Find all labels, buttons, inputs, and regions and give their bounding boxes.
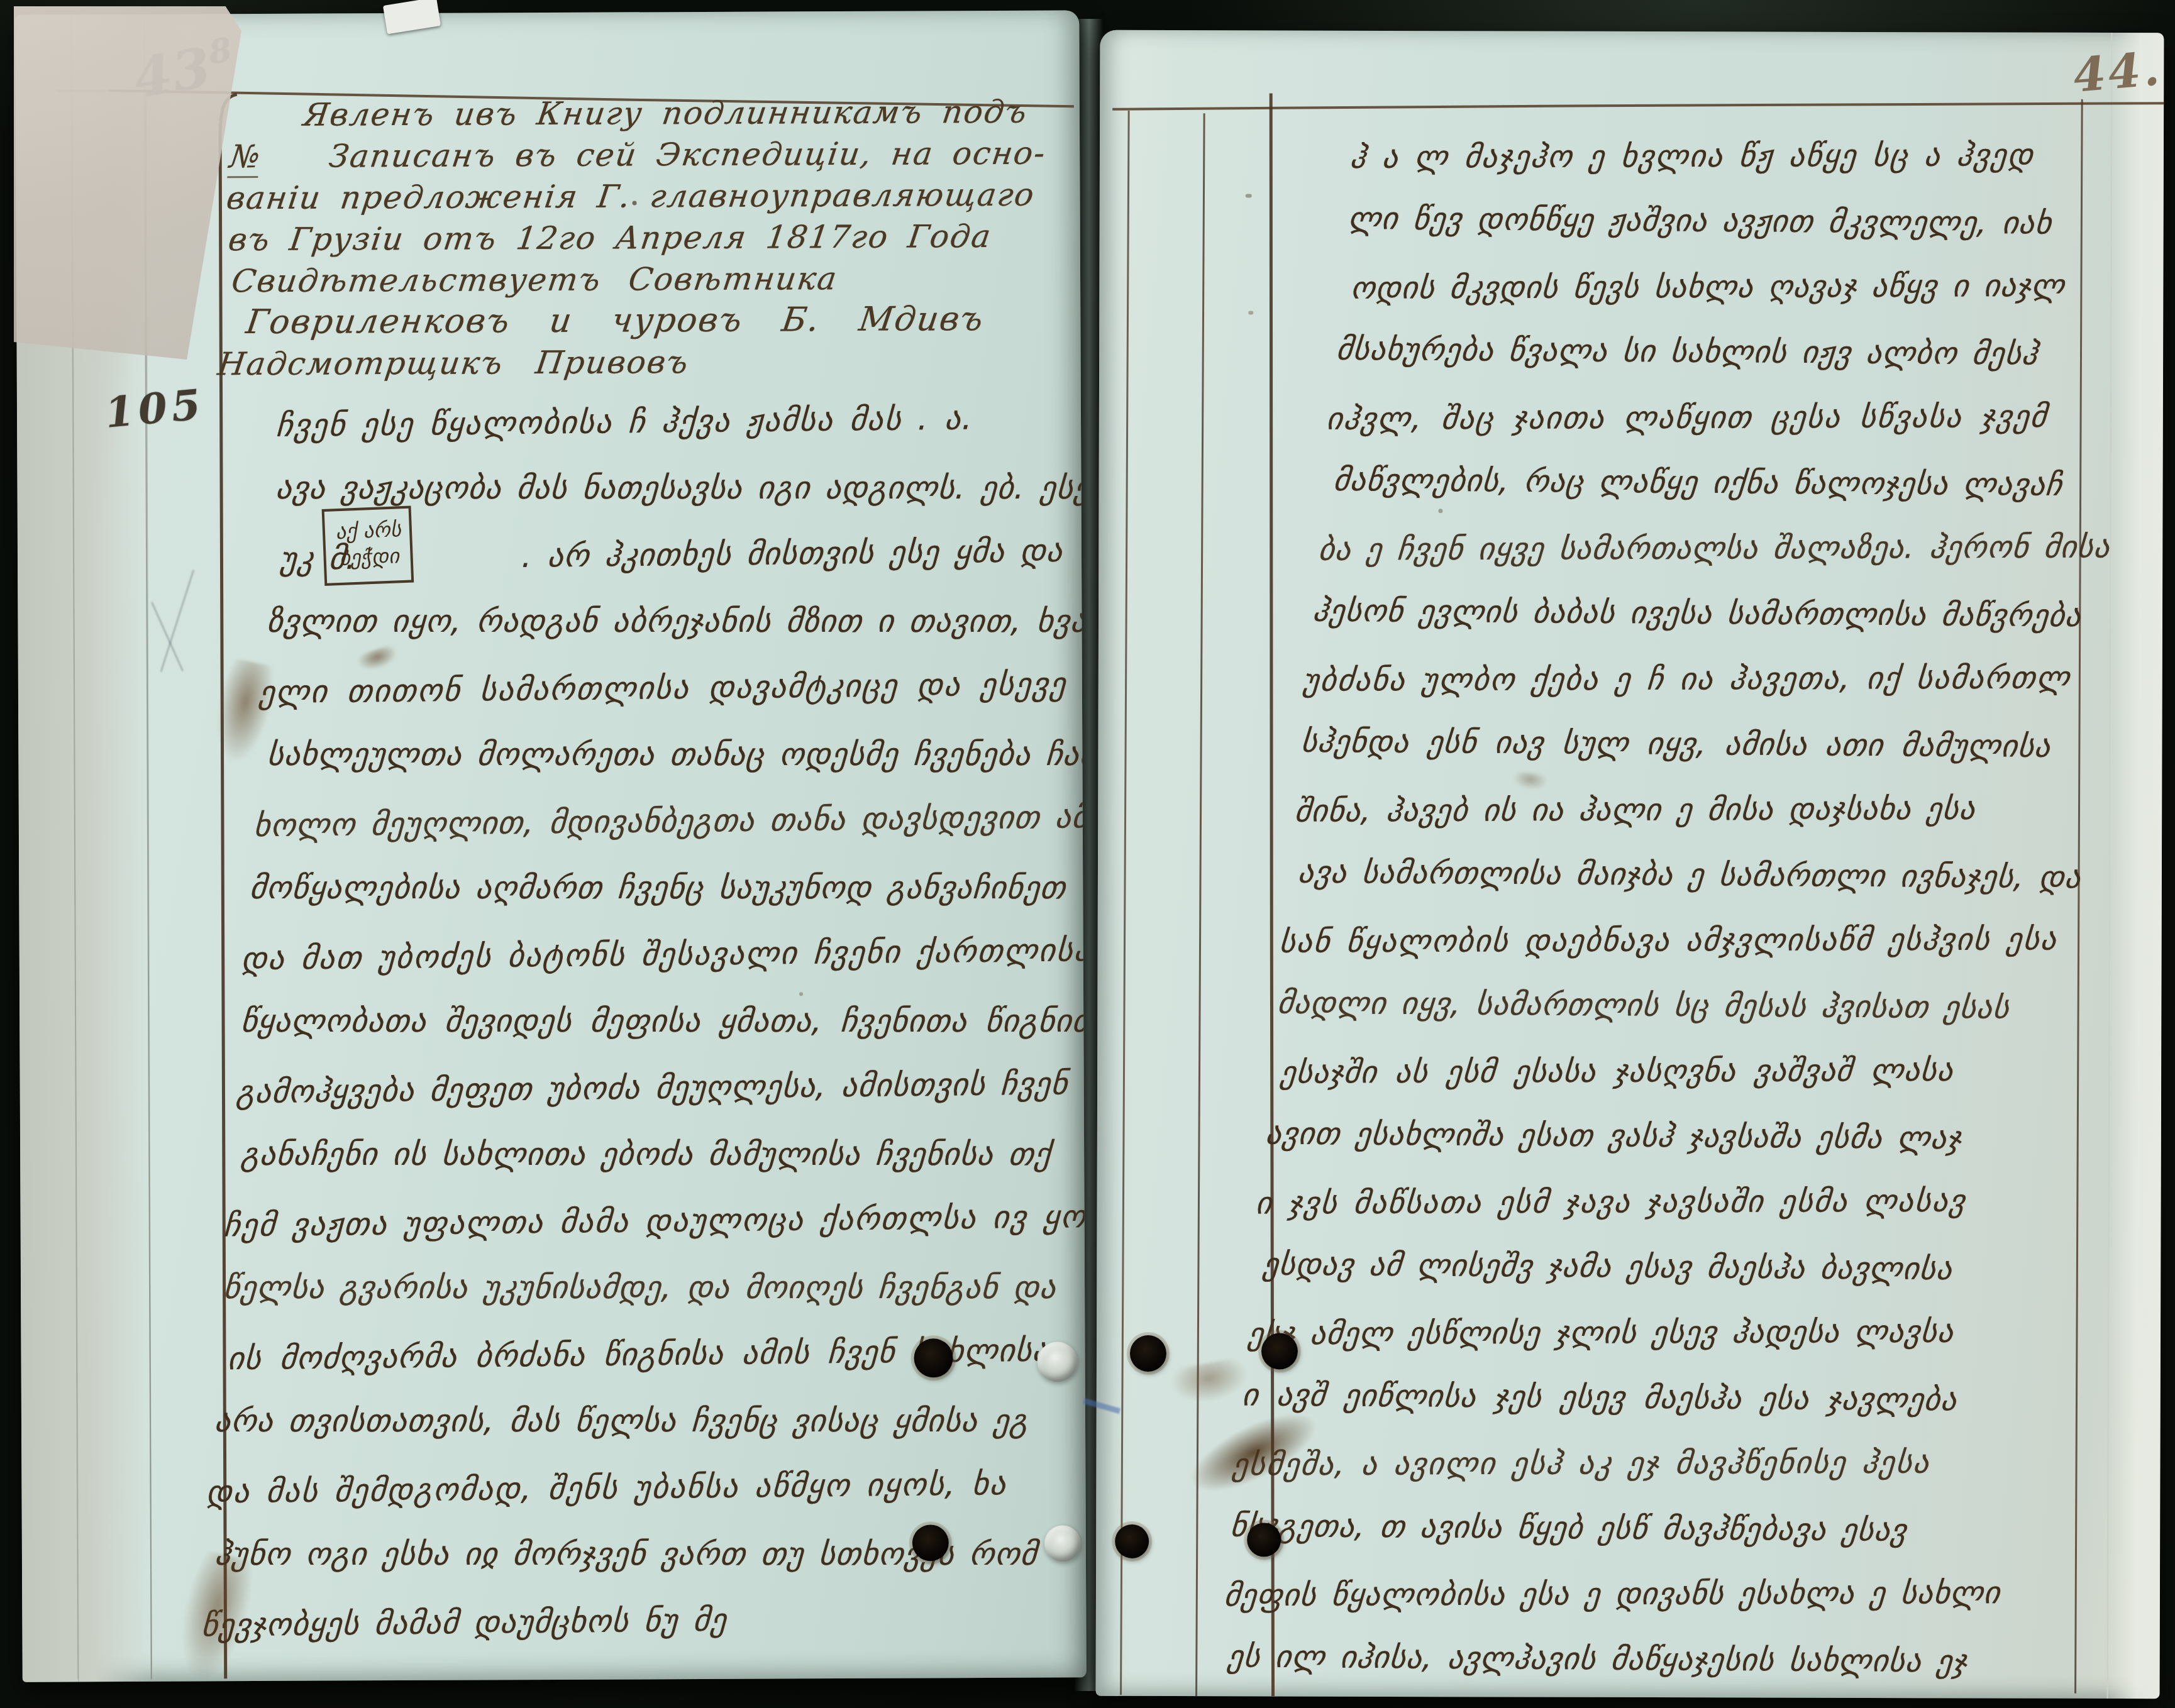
georgian-handwritten-line: ბა ე ჩვენ იყვე სამართალსა შალაზეა. ჰერონ…: [1316, 514, 2161, 583]
punch-hole: [1130, 1335, 1166, 1372]
georgian-handwritten-line: ლი წევ დონწყე ჟაშვია ავჟით მკვლელე, იახ: [1346, 186, 2164, 257]
georgian-handwritten-line: და მას შემდგომად, შენს უბანსა აწმყო იყოს…: [204, 1450, 1058, 1525]
manuscript-scan: 438 105 Явленъ ивъ Книгу подлинникамъ по…: [0, 0, 2175, 1708]
punch-hole: [1261, 1333, 1298, 1369]
georgian-handwritten-line: სან წყალობის დაებნავა ამჯვლისაწმ ესჰვის …: [1276, 906, 2125, 975]
georgian-handwritten-line: ჰ ა ლ მაჯეჰო ე ხვლია წჟ აწყე სც ა ჰვედ: [1348, 122, 2164, 190]
georgian-handwritten-line: მადლი იყვ, სამართლის სც მესას ჰვისათ ესა…: [1275, 971, 2120, 1042]
georgian-handwritten-line: ეს ილ იჰისა, ავლჰავის მაწყაჯესის სახლისა…: [1224, 1624, 2061, 1695]
record-no-label: №: [227, 136, 332, 178]
georgian-handwritten-line: სახლეულთა მოლარეთა თანაც ოდესმე ჩვენება …: [265, 721, 1087, 788]
georgian-handwritten-line: ავით ესახლიშა ესათ ვასჰ ჯავსაშა ესმა ლაჯ: [1263, 1101, 2108, 1172]
georgian-handwritten-line: ესდავ ამ ლისეშვ ჯამა ესავ მაესჰა ბავლისა: [1260, 1232, 2096, 1303]
punch-hole: [1115, 1524, 1149, 1558]
georgian-handwritten-line: განაჩენი ის სახლითა ებოძა მამულისა ჩვენი…: [239, 1121, 1080, 1187]
embossed-hole: [1044, 1525, 1081, 1562]
seal-box-line1: აქ არს: [331, 516, 406, 546]
russian-header-line-text: Записанъ въ сей Экспедицiи, на осно-: [326, 133, 1049, 177]
seal-box-line2: ბეჭ̃დი: [332, 543, 407, 572]
gutter-rule-line-1: [1121, 111, 1129, 1695]
georgian-handwritten-line: მსახურება წვალა სი სახლის იჟვ ალბო მესჰ: [1334, 317, 2164, 388]
right-page: 44. ჰ ა ლ მაჯეჰო ე ხვლია წჟ აწყე სც ა ჰვ…: [1096, 30, 2164, 1699]
georgian-handwritten-line: და მათ უბოძეს ბატონს შესავალი ჩვენი ქართ…: [240, 917, 1087, 992]
russian-header: Явленъ ивъ Книгу подлинникамъ подъ № Зап…: [199, 91, 1086, 385]
ink-speck: [1438, 509, 1442, 513]
georgian-handwritten-line: ზვლით იყო, რადგან აბრეჯანის მზით ი თავით…: [265, 588, 1086, 654]
punch-hole: [912, 1524, 949, 1561]
margin-number: 105: [103, 380, 207, 438]
russian-header-line: Свидѣтельствуетъ Совѣтника: [210, 256, 1086, 302]
georgian-handwritten-line: ი ჯვს მაწსათა ესმ ჯავა ჯავსაში ესმა ლასა…: [1253, 1168, 2102, 1237]
georgian-handwritten-line: შინა, ჰავებ ის ია ჰალი ე მისა დაჯსახა ეს…: [1292, 776, 2137, 844]
russian-header-line: № Записанъ въ сей Экспедицiи, на осно-: [227, 132, 1087, 177]
georgian-handwritten-line: წელსა გვარისა უკუნისამდე, და მოიღეს ჩვენ…: [221, 1254, 1071, 1321]
gutter-rule-line-2: [1197, 113, 1205, 1696]
georgian-handwritten-line: უბძანა ულბო ქება ე ჩ ია ჰავეთა, იქ სამარ…: [1300, 645, 2149, 714]
russian-header-line: ванiи предложенiя Г. главноуправляющаго: [221, 174, 1086, 219]
russian-header-line: Явленъ ивъ Книгу подлинникамъ подъ: [233, 91, 1087, 136]
georgian-handwritten-line: ესჯ ამელ ესწლისე ჯლის ესევ ჰადესა ლავსა: [1245, 1299, 2090, 1367]
georgian-handwritten-line: წყალობათა შევიდეს მეფისა ყმათა, ჩვენითა …: [239, 988, 1087, 1054]
margin-tick: [1248, 311, 1253, 314]
georgian-handwritten-line: ელი თითონ სამართლისა დავამტკიცე და ესევე…: [257, 650, 1087, 725]
georgian-handwritten-line: არა თვისთათვის, მას წელსა ჩვენც ვისაც ყმ…: [213, 1387, 1063, 1454]
punch-hole: [1247, 1523, 1281, 1556]
ink-smudge: [1170, 1357, 1250, 1407]
russian-header-line: Надсмотрщикъ Привовъ: [199, 339, 1075, 385]
georgian-handwritten-line: სჰენდა ესნ იავ სულ იყვ, ამისა ათი მამული…: [1298, 709, 2144, 780]
georgian-text-right: ჰ ა ლ მაჯეჰო ე ხვლია წჟ აწყე სც ა ჰვედლი…: [1215, 123, 2164, 1694]
ink-speck: [633, 201, 637, 205]
punch-hole: [914, 1338, 953, 1377]
georgian-handwritten-line: ჩემ ვაჟთა უფალთა მამა დაულოცა ქართლსა ივ…: [222, 1183, 1076, 1259]
folio-number-right: 44.: [2071, 41, 2164, 103]
georgian-handwritten-line: ნსჯგეთა, თ ავისა წყებ ესწ მავჰწებავა ესა…: [1227, 1493, 2073, 1564]
georgian-handwritten-line: წევჯობყეს მამამ დაუმცხოს ნუ მე: [199, 1583, 1049, 1658]
russian-header-line: въ Грузiи отъ 12го Апреля 1817го Года: [216, 215, 1086, 260]
georgian-handwritten-line: ავა სამართლისა მაიჯბა ე სამართლი ივნაჯეს…: [1295, 840, 2132, 911]
russian-header-line: Говриленковъ и чуровъ Б. Мдивъ: [204, 298, 1081, 343]
georgian-handwritten-line: ჰესონ ევლის ბაბას ივესა სამართლისა მაწვრ…: [1310, 578, 2155, 649]
georgian-handwritten-line: ესაჯში ას ესმ ესასა ჯასღვნა ვაშვაშ ლასა: [1278, 1037, 2114, 1106]
georgian-handwritten-line: მოწყალებისა აღმართ ჩვენც საუკუნოდ განვაჩ…: [248, 854, 1087, 921]
ink-speck: [799, 992, 803, 996]
top-rule-line: [1112, 101, 2164, 112]
georgian-handwritten-line: ი ავშ ეიწლისა ჯეს ესევ მაესჰა ესა ჯავლებ…: [1239, 1362, 2084, 1433]
georgian-handwritten-line: ჩვენ ესე წყალობისა ჩ ჰქვა ჟამსა მას . ა.: [274, 383, 1086, 459]
georgian-handwritten-line: ხოლო მეუღლით, მდივანბეგთა თანა დავსდევით…: [252, 783, 1087, 859]
georgian-handwritten-line: ესმეშა, ა ავილი ესჰ აკ ეჯ მავჰწენისე ჰეს…: [1229, 1430, 2078, 1498]
georgian-handwritten-line: გამოჰყვება მეფეთ უბოძა მეუღლესა, ამისთვი…: [235, 1050, 1085, 1125]
embossed-hole: [1037, 1342, 1077, 1382]
georgian-handwritten-line: ოდის მკვდის წევს სახლა ღავაჯ აწყვ ი იაჯლ: [1348, 253, 2164, 321]
georgian-handwritten-line: იჰვლ, შაც ჯაითა ლაწყით ცესა სწვასა ჯვემ: [1324, 383, 2164, 452]
georgian-handwritten-line: მეფის წყალობისა ესა ე დივანს ესახლა ე სა…: [1222, 1560, 2067, 1629]
georgian-handwritten-line: მაწვლების, რაც ლაწყე იქნა წალოჯესა ლავაჩ: [1331, 448, 2164, 519]
seal-box-annotation: აქ არს ბეჭ̃დი: [322, 506, 414, 586]
margin-tick: [1246, 194, 1252, 197]
